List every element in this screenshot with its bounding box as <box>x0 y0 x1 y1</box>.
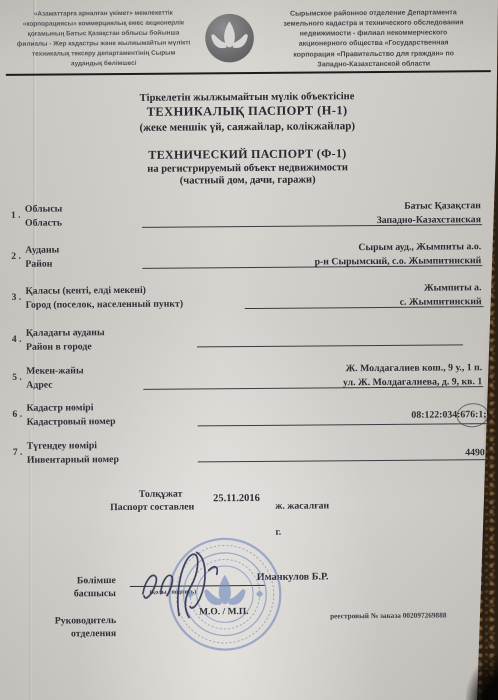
field-label: Түгендеу нөмірі Инвентарный номер <box>27 439 119 467</box>
org-logo <box>197 8 261 67</box>
org-name-russian: Сырымское районное отделение Департамент… <box>261 6 485 71</box>
field-underline <box>198 459 487 463</box>
field-value-inventory: 4490 <box>465 447 485 458</box>
cadastral-circle-annotation: 676:1; <box>460 409 486 420</box>
cadastral-prefix: 08:122:034: <box>411 409 460 420</box>
field-label: Кадастр нөмірі Кадастровый номер <box>26 401 115 429</box>
field-label-kk: Облысы <box>25 202 63 216</box>
field-number: 2 . <box>11 251 21 262</box>
field-value: Батыс Қазақстан Западно-Казахстанская <box>376 199 481 227</box>
field-row-inventar: 7 . Түгендеу нөмірі Инвентарный номер 44… <box>1 436 498 470</box>
field-number: 5 . <box>12 372 22 383</box>
field-underline <box>198 423 489 427</box>
field-row-kadastr: 6 . Кадастр нөмірі Кадастровый номер 08:… <box>0 398 498 432</box>
field-label: Қаладағы ауданы Район в городе <box>26 326 105 354</box>
composed-suffix-kk: ж. жасалған <box>275 499 329 512</box>
field-number: 1 . <box>11 210 21 221</box>
letterhead: «Азаматтарға арналған үкімет» мемлекетті… <box>9 6 485 73</box>
field-row-rayon-v-gorode: 4 . Қаладағы ауданы Район в городе <box>0 323 498 357</box>
photo-backdrop: «Азаматтарға арналған үкімет» мемлекетті… <box>0 0 498 700</box>
field-label-kk: Кадастр нөмірі <box>26 401 115 415</box>
field-label-kk: Ауданы <box>25 243 59 257</box>
field-underline <box>197 344 463 347</box>
field-number: 7 . <box>13 447 23 458</box>
signature-role-label: Бөлімше басшысы Руководитель отделения <box>20 561 117 654</box>
field-row-oblast: 1 . Облысы Область Батыс Қазақстан Запад… <box>0 199 497 233</box>
composed-label-ru: Паспорт составлен <box>99 500 194 514</box>
field-value-kk: Жымпиты а. <box>400 281 482 295</box>
field-label: Мекен-жайы Адрес <box>26 364 84 391</box>
field-row-gorod: 3 . Қаласы (кенті, елді мекені) Город (п… <box>0 281 498 315</box>
field-value: Жымпиты а. с. Жымпитинский <box>400 281 482 309</box>
field-label-kk: Қаласы (кенті, елді мекені) <box>25 284 183 299</box>
field-underline <box>245 306 484 309</box>
title-kk-main: ТЕХНИКАЛЫҚ ПАСПОРТ (Н-1) <box>8 102 486 121</box>
title-ru-note: (частный дом, дачи, гаражи) <box>9 173 487 188</box>
composed-date: 25.11.2016 <box>213 493 260 504</box>
registry-number: реестровый № заказа 002097269888 <box>330 610 446 620</box>
org-name-kazakh: «Азаматтарға арналған үкімет» мемлекетті… <box>9 8 197 69</box>
role-ru: Руководитель отделения <box>20 614 116 641</box>
field-number: 6 . <box>12 409 22 420</box>
field-value-kk: Батыс Қазақстан <box>376 199 481 213</box>
field-label-ru: Область <box>25 216 63 230</box>
field-label-ru: Адрес <box>26 378 84 392</box>
field-value-cadastral: 08:122:034:676:1; <box>411 409 486 421</box>
field-row-rayon: 2 . Ауданы Район Сырым ауд., Жымпиты а.о… <box>0 240 497 274</box>
tulip-emblem-icon <box>201 10 257 66</box>
field-row-adres: 5 . Мекен-жайы Адрес Ж. Молдагалиев кош.… <box>0 361 498 395</box>
title-kk-note: (жеке меншік үй, саяжайлар, колікжайлар) <box>8 119 486 135</box>
handwritten-signature-icon <box>135 545 236 624</box>
field-value-kk: Сырым ауд., Жымпиты а.о. <box>314 240 481 255</box>
field-label-ru: Инвентарный номер <box>27 453 119 467</box>
field-label-ru: Район <box>25 257 59 271</box>
field-number: 3 . <box>12 292 22 303</box>
composed-label: Толқұжат Паспорт составлен <box>99 487 194 514</box>
field-label-kk: Мекен-жайы <box>26 364 84 378</box>
field-label-kk: Түгендеу нөмірі <box>27 439 119 453</box>
field-label-ru: Кадастровый номер <box>27 415 116 429</box>
field-label-ru: Город (поселок, населенный пункт) <box>26 297 184 312</box>
field-number: 4 . <box>12 334 22 345</box>
title-block: Тіркелетін жылжымайтын мүлік объектісіне… <box>8 90 487 188</box>
field-label: Ауданы Район <box>25 243 59 270</box>
role-kk: Бөлімше басшысы <box>20 574 116 601</box>
field-label-kk: Қаладағы ауданы <box>26 326 105 340</box>
field-label: Қаласы (кенті, елді мекені) Город (посел… <box>25 284 183 312</box>
composed-label-kk: Толқұжат <box>99 487 194 501</box>
field-value-kk: Ж. Молдагалиев кош., 9 у., 1 п. <box>343 361 482 376</box>
paper-sheet: «Азаматтарға арналған үкімет» мемлекетті… <box>0 0 498 700</box>
field-value: Ж. Молдагалиев кош., 9 у., 1 п. ул. Ж. М… <box>343 361 482 389</box>
document-content: «Азаматтарға арналған үкімет» мемлекетті… <box>0 0 498 700</box>
field-value: Сырым ауд., Жымпиты а.о. р-н Сырымский, … <box>314 240 481 268</box>
photo-corner-shadow <box>466 654 498 700</box>
field-label-ru: Район в городе <box>26 340 105 354</box>
field-label: Облысы Область <box>25 202 63 229</box>
